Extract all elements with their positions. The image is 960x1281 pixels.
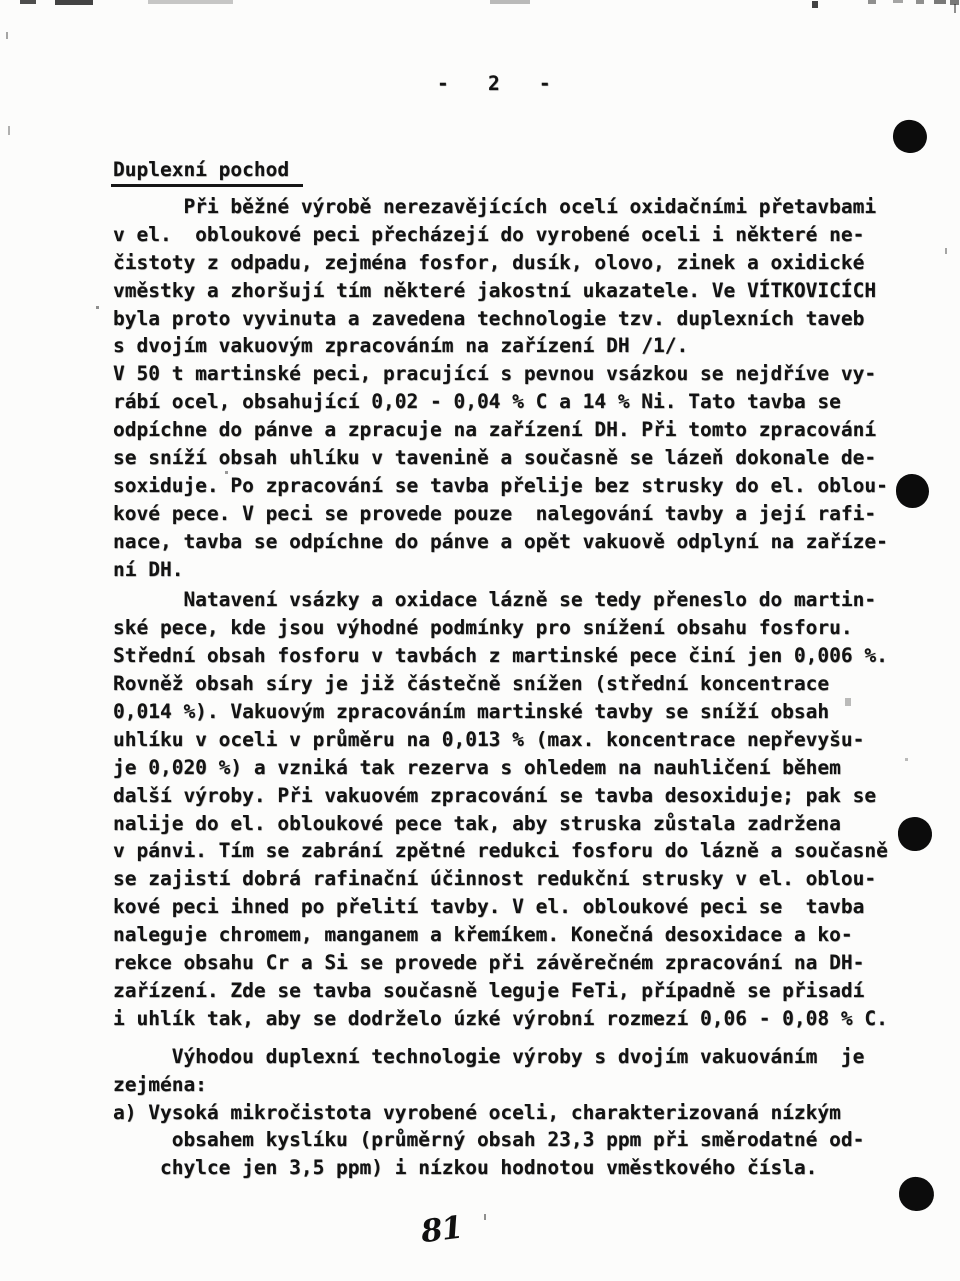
text-line: je 0,020 %) a vzniká tak rezerva s ohled… — [113, 754, 913, 782]
text-line: 0,014 %). Vakuovým zpracováním martinské… — [113, 698, 913, 726]
text-line: ské pece, kde jsou výhodné podmínky pro … — [113, 614, 913, 642]
text-line: chylce jen 3,5 ppm) i nízkou hodnotou vm… — [113, 1154, 913, 1182]
text-line: Natavení vsázky a oxidace lázně se tedy … — [113, 586, 913, 614]
scan-speck — [484, 1214, 486, 1220]
text-line: v pánvi. Tím se zabrání zpětné redukci f… — [113, 837, 913, 865]
scan-artifact — [916, 0, 924, 4]
scan-speck — [8, 126, 10, 135]
text-line: nace, tavba se odpíchne do pánve a opět … — [113, 528, 913, 556]
scan-artifact — [55, 0, 93, 5]
scan-artifact — [812, 1, 818, 8]
text-line: Střední obsah fosforu v tavbách z martin… — [113, 642, 913, 670]
text-line: kové peci ihned po přelití tavby. V el. … — [113, 893, 913, 921]
text-line: zařízení. Zde se tavba současně leguje F… — [113, 977, 913, 1005]
scan-artifact — [868, 0, 876, 4]
text-line: Rovněž obsah síry je již částečně snížen… — [113, 670, 913, 698]
body-text: Při běžné výrobě nerezavějících ocelí ox… — [113, 193, 913, 1182]
text-line: čistoty z odpadu, zejména fosfor, dusík,… — [113, 249, 913, 277]
text-line: a) Vysoká mikročistota vyrobené oceli, c… — [113, 1099, 913, 1127]
text-line: soxiduje. Po zpracování se tavba přelije… — [113, 472, 913, 500]
text-line: byla proto vyvinuta a zavedena technolog… — [113, 305, 913, 333]
text-line: se sníží obsah uhlíku v tavenině a souča… — [113, 444, 913, 472]
handwritten-page-number: 81 — [419, 1210, 464, 1251]
scan-artifact — [148, 0, 233, 4]
scan-artifact — [893, 0, 903, 3]
text-line: zejména: — [113, 1071, 913, 1099]
scan-artifact — [954, 4, 956, 13]
text-line: obsahem kyslíku (průměrný obsah 23,3 ppm… — [113, 1126, 913, 1154]
section-heading: Duplexní pochod — [111, 158, 303, 187]
text-line: Výhodou duplexní technologie výroby s dv… — [113, 1043, 913, 1071]
text-line: se zajistí dobrá rafinační účinnost redu… — [113, 865, 913, 893]
scanned-document-page: - 2 - Duplexní pochod Při běžné výrobě n… — [0, 0, 960, 1281]
text-line: kové pece. V peci se provede pouze naleg… — [113, 500, 913, 528]
scan-speck — [96, 306, 99, 309]
scan-speck — [6, 32, 8, 39]
text-line: V 50 t martinské peci, pracující s pevno… — [113, 360, 913, 388]
scan-artifact — [934, 0, 946, 4]
text-line: nalije do el. obloukové pece tak, aby st… — [113, 810, 913, 838]
scan-speck — [945, 248, 947, 254]
text-line: rábí ocel, obsahující 0,02 - 0,04 % C a … — [113, 388, 913, 416]
text-line: ní DH. — [113, 556, 913, 584]
text-line: v el. obloukové peci přecházejí do vyrob… — [113, 221, 913, 249]
page-number-top: - 2 - — [437, 72, 552, 95]
punch-hole-mark — [891, 118, 929, 155]
text-line: i uhlík tak, aby se dodrželo úzké výrobn… — [113, 1005, 913, 1033]
text-line: naleguje chromem, manganem a křemíkem. K… — [113, 921, 913, 949]
text-line: Při běžné výrobě nerezavějících ocelí ox… — [113, 193, 913, 221]
scan-artifact — [490, 0, 530, 4]
text-line: rekce obsahu Cr a Si se provede při závě… — [113, 949, 913, 977]
text-line: odpíchne do pánve a zpracuje na zařízení… — [113, 416, 913, 444]
text-line: uhlíku v oceli v průměru na 0,013 % (max… — [113, 726, 913, 754]
text-line: s dvojím vakuovým zpracováním na zařízen… — [113, 332, 913, 360]
text-line: vměstky a zhoršují tím některé jakostní … — [113, 277, 913, 305]
scan-artifact — [20, 0, 36, 4]
text-line: další výroby. Při vakuovém zpracování se… — [113, 782, 913, 810]
